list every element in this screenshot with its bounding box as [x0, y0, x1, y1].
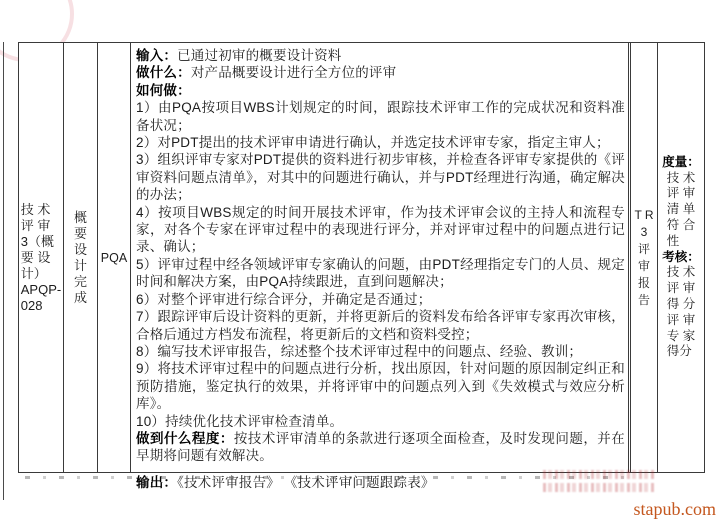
line-text: 5）评审过程中经各领域评审专家确认的问题，由PDT经理指定专门的人员、规定时间和… — [136, 257, 625, 289]
process-line: 1）由PQA按项目WBS计划规定的时间，跟踪技术评审工作的完成状况和资料准备状况… — [136, 99, 625, 134]
assess-label: 考核： — [662, 250, 700, 266]
process-line: 8）编写技术评审报告，综述整个技术评审过程中的问题点、经验、教训； — [136, 343, 625, 360]
red-watermark-artifact — [543, 470, 655, 500]
line-text: 10）持续优化技术评审检查清单。 — [136, 414, 343, 429]
process-line: 输入：已通过初审的概要设计资料 — [136, 47, 625, 64]
line-text: 3）组织评审专家对PDT提供的资料进行初步审核，并检查各评审专家提供的《评审资料… — [136, 152, 625, 202]
process-table: 技 术 评 审 3（概 要 设 计） APQP- 028 概 要 设 计 完 成… — [18, 42, 705, 473]
left-scan-rule — [3, 42, 4, 500]
process-line: 3）组织评审专家对PDT提供的资料进行初步审核，并检查各评审专家提供的《评审资料… — [136, 151, 625, 203]
site-watermark: stapub.com — [634, 499, 717, 520]
process-line: 5）评审过程中经各领域评审专家确认的问题，由PDT经理指定专门的人员、规定时间和… — [136, 256, 625, 291]
line-text: 对产品概要设计进行全方位的评审 — [191, 65, 397, 80]
assess-text: 技 术 评 审 得 分 评 审 专 家 得分 — [667, 265, 695, 360]
process-line: 做什么：对产品概要设计进行全方位的评审 — [136, 64, 625, 81]
line-text: 7）跟踪评审后设计资料的更新，并将更新后的资料发布给各评审专家再次审核，合格后通… — [136, 309, 625, 341]
line-label: 做什么： — [136, 65, 191, 80]
scan-artifact-dashes — [25, 476, 625, 479]
line-text: 已通过初审的概要设计资料 — [177, 48, 341, 63]
process-line: 做到什么程度：按技术评审清单的条款进行逐项全面检查，及时发现问题，并在早期将问题… — [136, 430, 625, 465]
process-line: 9）将技术评审过程中的问题点进行分析，找出原因，针对问题的原因制定纠正和预防措施… — [136, 360, 625, 412]
line-text: 8）编写技术评审报告，综述整个技术评审过程中的问题点、经验、教训； — [136, 344, 582, 359]
cell-output-milestone: T R 3 评 审 报 告 — [631, 43, 658, 472]
cell-activity-id: 技 术 评 审 3（概 要 设 计） APQP- 028 — [19, 43, 64, 472]
cell-responsible-role: PQA — [98, 43, 131, 472]
cell-metrics: 度量： 技 术 评 审 清 单 符 合 性 考核： 技 术 评 审 得 分 评 … — [658, 43, 704, 472]
line-text: 4）按项目WBS规定的时间开展技术评审，作为技术评审会议的主持人和流程专家，对各… — [136, 205, 625, 255]
measure-text: 技 术 评 审 清 单 符 合 性 — [667, 171, 695, 250]
line-text: 6）对整个评审进行综合评分，并确定是否通过； — [136, 292, 431, 307]
measure-label: 度量： — [662, 155, 700, 171]
line-label: 做到什么程度： — [136, 431, 234, 446]
process-line: 7）跟踪评审后设计资料的更新，并将更新后的资料发布给各评审专家再次审核，合格后通… — [136, 308, 625, 343]
process-line: 4）按项目WBS规定的时间开展技术评审，作为技术评审会议的主持人和流程专家，对各… — [136, 204, 625, 256]
document-page: 技 术 评 审 3（概 要 设 计） APQP- 028 概 要 设 计 完 成… — [0, 0, 720, 521]
line-label: 如何做： — [136, 83, 191, 98]
cell-precondition: 概 要 设 计 完 成 — [64, 43, 98, 472]
line-text: 2）对PDT提出的技术评审申请进行确认，并选定技术评审专家，指定主审人； — [136, 135, 610, 150]
line-text: 1）由PQA按项目WBS计划规定的时间，跟踪技术评审工作的完成状况和资料准备状况… — [136, 100, 625, 132]
line-text: 9）将技术评审过程中的问题点进行分析，找出原因，针对问题的原因制定纠正和预防措施… — [136, 361, 625, 411]
process-line: 10）持续优化技术评审检查清单。 — [136, 413, 625, 430]
process-line: 如何做： — [136, 82, 625, 99]
process-line: 2）对PDT提出的技术评审申请进行确认，并选定技术评审专家，指定主审人； — [136, 134, 625, 151]
cell-process-description: 输入：已通过初审的概要设计资料 做什么：对产品概要设计进行全方位的评审 如何做：… — [131, 43, 631, 472]
process-line: 6）对整个评审进行综合评分，并确定是否通过； — [136, 291, 625, 308]
line-label: 输入： — [136, 48, 177, 63]
